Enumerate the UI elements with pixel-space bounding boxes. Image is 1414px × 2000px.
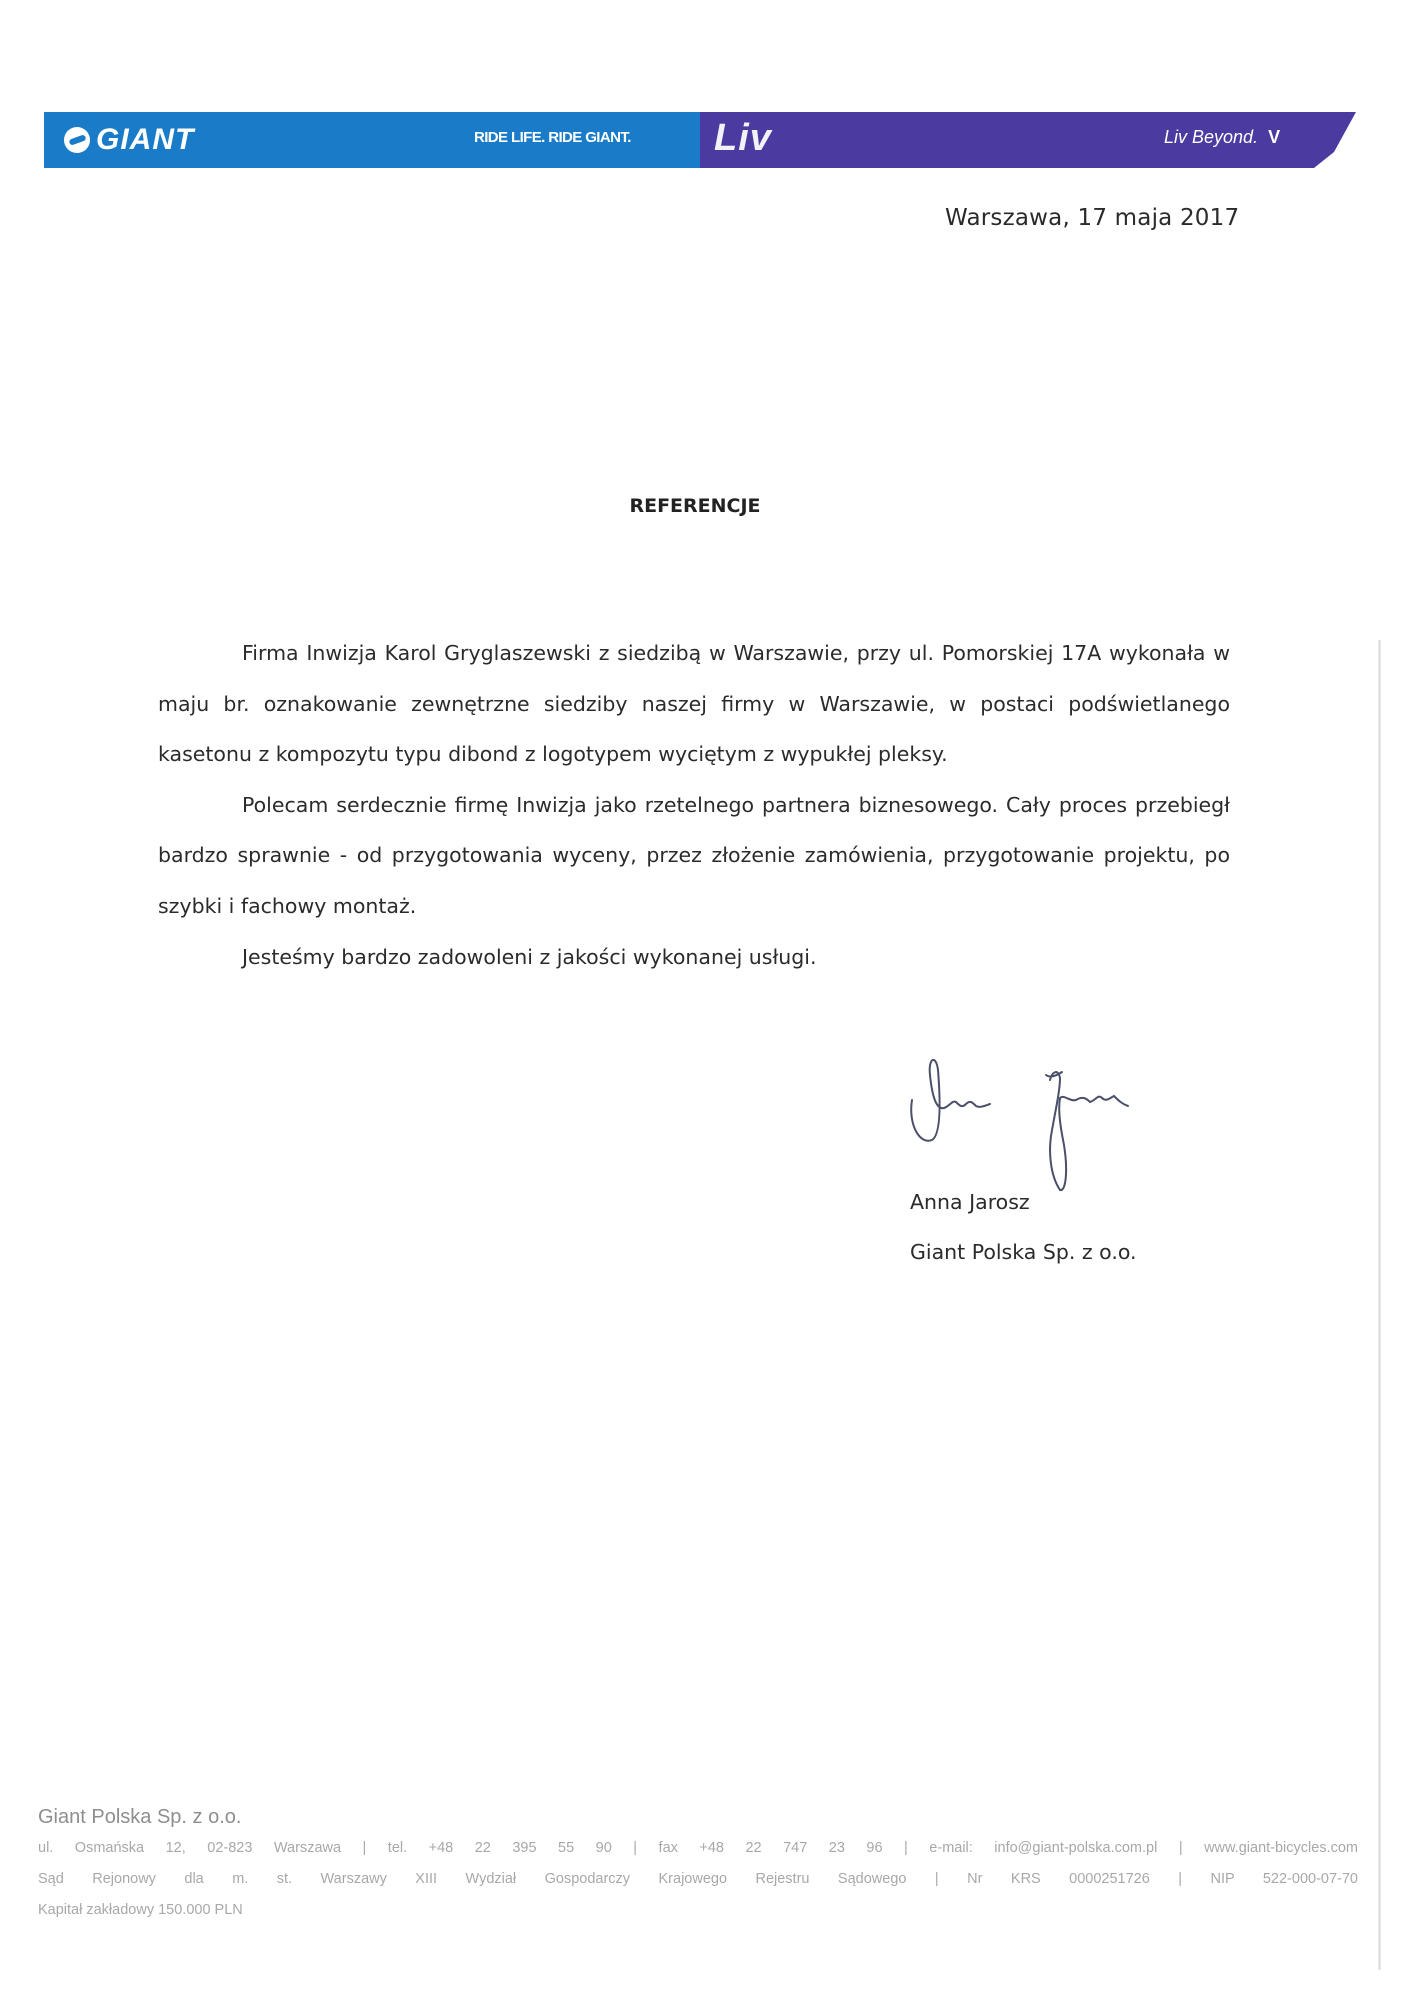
letter-body: Firma Inwizja Karol Gryglaszewski z sied… <box>158 628 1230 982</box>
liv-mark-icon: V <box>1268 127 1280 148</box>
giant-logo: GIANT <box>64 122 194 158</box>
footer-registry-line: Sąd Rejonowy dla m. st. Warszawy XIII Wy… <box>38 1864 1358 1895</box>
footer-contact-line: ul. Osmańska 12, 02-823 Warszawa | tel. … <box>38 1833 1358 1864</box>
paragraph: Jesteśmy bardzo zadowoleni z jakości wyk… <box>158 932 1230 983</box>
handwritten-signature <box>900 1050 1180 1200</box>
giant-logo-mark-icon <box>64 127 90 153</box>
footer-capital-line: Kapitał zakładowy 150.000 PLN <box>38 1895 1358 1926</box>
paragraph: Polecam serdecznie firmę Inwizja jako rz… <box>158 780 1230 932</box>
place-and-date: Warszawa, 17 maja 2017 <box>945 205 1239 231</box>
liv-tagline-text: Liv Beyond. <box>1164 127 1258 148</box>
paragraph: Firma Inwizja Karol Gryglaszewski z sied… <box>158 628 1230 780</box>
signer-name: Anna Jarosz <box>910 1190 1030 1214</box>
letterhead-footer: Giant Polska Sp. z o.o. ul. Osmańska 12,… <box>38 1806 1358 1926</box>
page-edge-shadow <box>1378 640 1381 1970</box>
brand-slogan: RIDE LIFE. RIDE GIANT. <box>474 129 631 146</box>
footer-company-name: Giant Polska Sp. z o.o. <box>38 1806 1358 1829</box>
banner-background <box>44 112 1356 168</box>
signer-company: Giant Polska Sp. z o.o. <box>910 1240 1137 1264</box>
giant-logo-text: GIANT <box>96 123 194 157</box>
letter-title: REFERENCJE <box>0 495 1390 517</box>
letterhead-banner: GIANT RIDE LIFE. RIDE GIANT. Liv Liv Bey… <box>44 112 1356 168</box>
liv-tagline: Liv Beyond. V <box>1164 127 1280 148</box>
liv-logo: Liv <box>714 117 772 160</box>
